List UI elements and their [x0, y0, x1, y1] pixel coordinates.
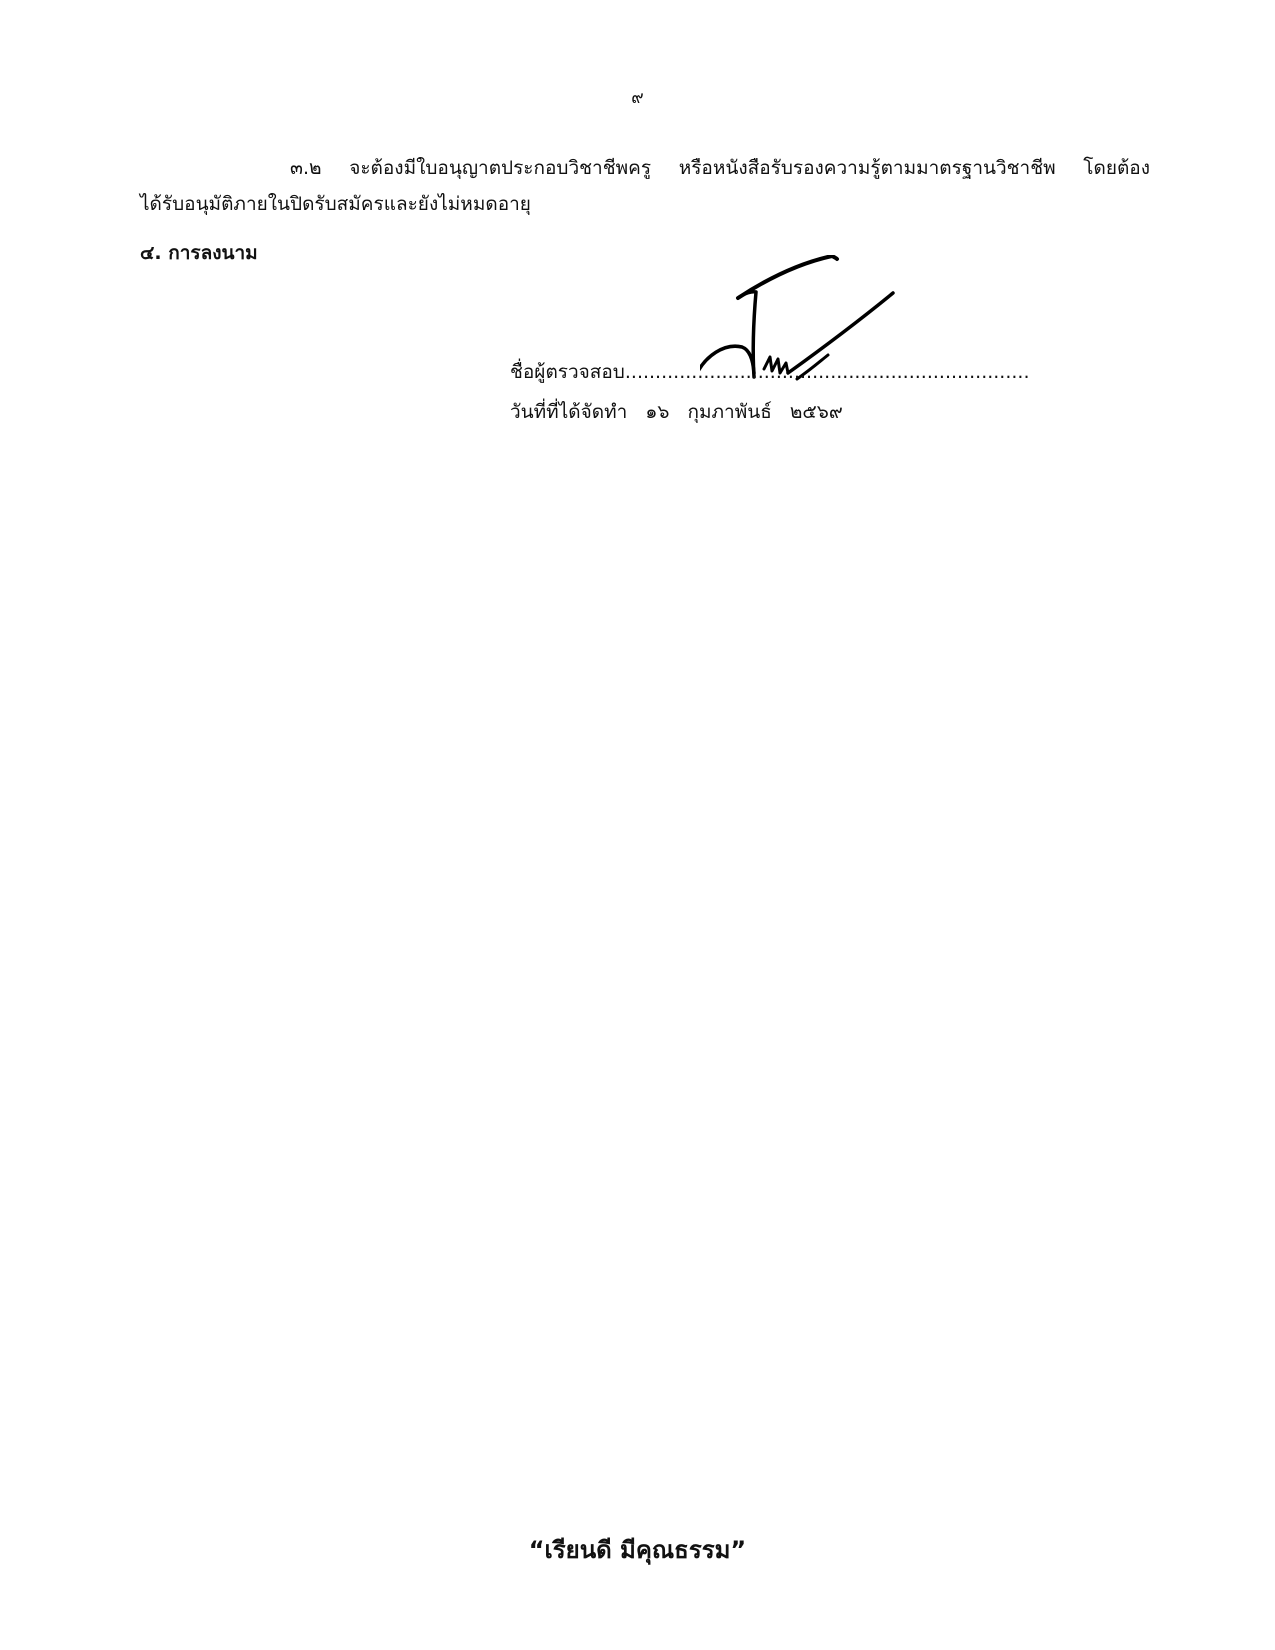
signature-block: ชื่อผู้ตรวจสอบ..........................… — [510, 352, 1030, 432]
date-label: วันที่ที่ได้จัดทำ — [510, 401, 627, 423]
reviewer-label: ชื่อผู้ตรวจสอบ — [510, 361, 625, 383]
signature-dotted-line: ........................................… — [625, 361, 1030, 383]
reviewer-row: ชื่อผู้ตรวจสอบ..........................… — [510, 352, 1030, 392]
section-3-2-paragraph: ๓.๒ จะต้องมีใบอนุญาตประกอบวิชาชีพครู หรื… — [140, 150, 1150, 222]
page-number: ๙ — [0, 84, 1275, 111]
paragraph-line-2: ได้รับอนุมัติภายในปิดรับสมัครและยังไม่หม… — [140, 186, 1150, 222]
date-row: วันที่ที่ได้จัดทำ ๑๖ กุมภาพันธ์ ๒๕๖๙ — [510, 392, 1030, 432]
date-day: ๑๖ — [645, 401, 669, 423]
date-year: ๒๕๖๙ — [790, 401, 843, 423]
section-4-heading: ๔. การลงนาม — [140, 238, 258, 268]
date-month: กุมภาพันธ์ — [687, 401, 771, 423]
paragraph-line-1: ๓.๒ จะต้องมีใบอนุญาตประกอบวิชาชีพครู หรื… — [140, 150, 1150, 186]
footer-motto: “เรียนดี มีคุณธรรม” — [0, 1530, 1275, 1569]
